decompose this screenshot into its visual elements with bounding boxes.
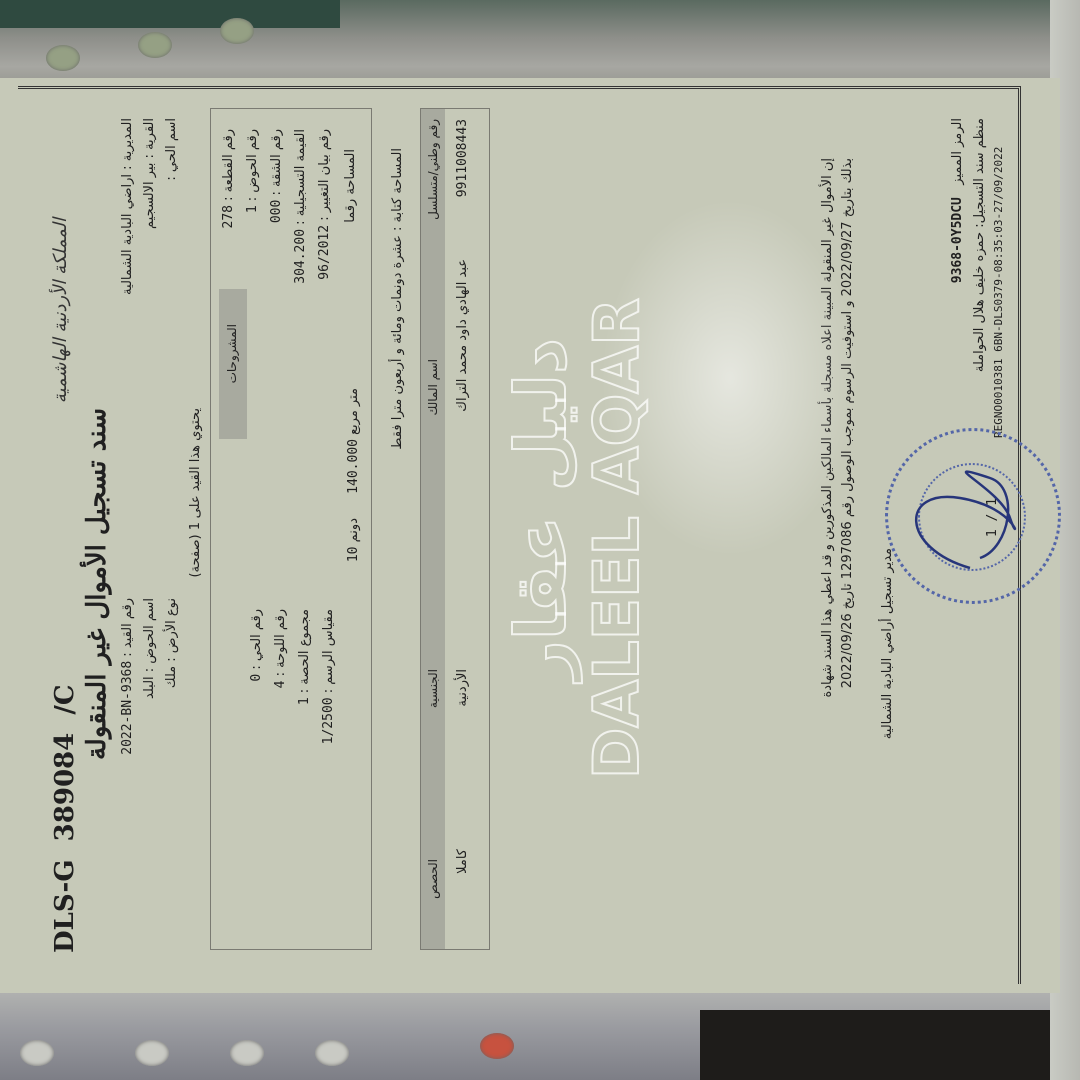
deed-content: المملكة الأردنية الهاشمية DLS-G 389084 /… (20, 78, 1020, 993)
field-directorate: المديرية : اراضي البادية الشمالية (120, 118, 135, 295)
registered-value: القيمة التسجيلية : 304.200 (293, 129, 308, 284)
col-shares: الحصص (426, 859, 440, 899)
remarks-header: المشروحات (225, 324, 239, 383)
area-dunum: دونم 10 (346, 518, 361, 562)
punch-hole (480, 1033, 514, 1059)
watermark-latin: DALEEL AQAR (580, 298, 653, 779)
punch-hole (46, 45, 80, 71)
field-land-type: نوع الأرض : ملك (164, 598, 179, 688)
punch-hole (135, 1040, 169, 1066)
deed-organizer: منظم سند التسجيل: حمزه خليف هلال الحوامل… (972, 118, 987, 372)
apartment-number: رقم الشقة : 000 (269, 129, 284, 223)
area-written: المساحة كتابة : عشرة دونمات ومائة و أربع… (390, 148, 405, 450)
plate-number: رقم اللوحة : 4 (273, 609, 288, 688)
owner-nationality: الأردنية (455, 669, 470, 707)
area-sqm: متر مربع 140.000 (346, 388, 361, 494)
pages-note: يحتوي هذا القيد على 1 (صفحة) (188, 408, 203, 578)
owner-national-id: 9911008443 (455, 119, 470, 197)
registration-deed-paper: المملكة الأردنية الهاشمية DLS-G 389084 /… (0, 78, 1060, 993)
owner-name: عبد الهادي داود محمد التراك (455, 259, 470, 412)
owners-table: رقم وطني/متسلسل اسم المالك الجنسية الحصص… (420, 108, 490, 950)
punch-hole (20, 1040, 54, 1066)
total-share: مجموع الحصة : 1 (297, 609, 312, 705)
punch-hole (315, 1040, 349, 1066)
col-nationality: الجنسية (426, 669, 440, 708)
document-title: سند تسجيل الأموال غير المنقولة (82, 408, 112, 760)
unique-code: الرمز المميز 9368-0Y5DCU (950, 118, 965, 283)
background-surface (0, 0, 340, 28)
field-neighborhood: اسم الحي : (164, 118, 179, 181)
area-numeric-label: المساحة رقما (343, 149, 358, 223)
certification-line-1: إن الأموال غير المنقولة المبينة اعلاه مس… (820, 158, 835, 698)
col-owner-name: اسم المالك (426, 359, 440, 416)
registration-reference: REGNO0010381 6BN-DLS0379-08:35:03-27/09/… (992, 147, 1005, 438)
field-basin-name: اسم الحوض : البلد (142, 598, 157, 699)
owner-share: كاملا (455, 849, 470, 874)
watermark-arabic: دليل عقار (500, 338, 582, 680)
field-record-number: رقم القيد : 2022-BN-9368 (120, 598, 135, 755)
background-surface (700, 1010, 1080, 1080)
certification-line-2: بذلك بتاريخ 2022/09/27 و استوفيت الرسوم … (840, 158, 855, 688)
change-statement-number: رقم بيان التغيير : 96/2012 (317, 129, 332, 280)
owners-table-header (421, 109, 445, 949)
kingdom-header: المملكة الأردنية الهاشمية (50, 218, 71, 403)
punch-hole (138, 32, 172, 58)
punch-hole (230, 1040, 264, 1066)
serial-number: DLS-G 389084 /C (50, 684, 80, 953)
map-scale: مقياس الرسم : 1/2500 (321, 609, 336, 744)
neighborhood-number: رقم الحي : 0 (249, 609, 264, 682)
punch-hole (220, 18, 254, 44)
plastic-sleeve-bottom (0, 985, 1080, 1080)
basin-number: رقم الحوض : 1 (245, 129, 260, 213)
col-national-id: رقم وطني/متسلسل (426, 119, 440, 220)
signature (890, 438, 1040, 588)
field-village: القرية : بير الالسجيم (142, 118, 157, 229)
parcel-number: رقم القطعة : 278 (221, 129, 236, 228)
